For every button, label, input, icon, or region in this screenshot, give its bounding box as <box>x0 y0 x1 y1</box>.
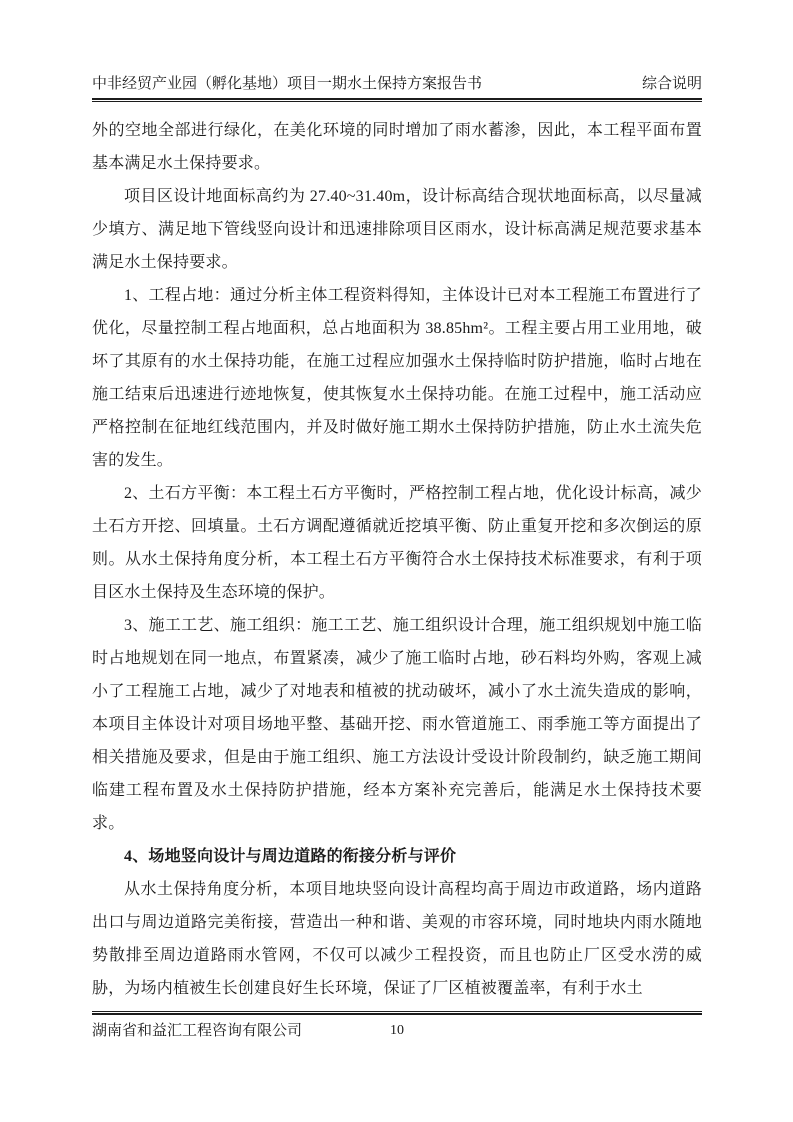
footer-double-rule <box>92 1011 702 1015</box>
document-page: 中非经贸产业园（孵化基地）项目一期水土保持方案报告书 综合说明 外的空地全部进行… <box>0 0 793 1122</box>
footer-page-number: 10 <box>92 1020 702 1042</box>
paragraph-item-1-land-occupation: 1、工程占地：通过分析主体工程资料得知，主体设计已对本工程施工布置进行了优化，尽… <box>92 279 702 477</box>
paragraph-continuation: 外的空地全部进行绿化，在美化环境的同时增加了雨水蓄渗，因此，本工程平面布置基本满… <box>92 114 702 180</box>
header-report-title: 中非经贸产业园（孵化基地）项目一期水土保持方案报告书 <box>92 74 482 94</box>
paragraph-site-elevation: 项目区设计地面标高约为 27.40~31.40m，设计标高结合现状地面标高，以尽… <box>92 180 702 279</box>
document-body: 外的空地全部进行绿化，在美化环境的同时增加了雨水蓄渗，因此，本工程平面布置基本满… <box>92 114 702 1005</box>
page-footer: 湖南省和益汇工程咨询有限公司 10 <box>92 1020 702 1042</box>
section-heading-item-4: 4、场地竖向设计与周边道路的衔接分析与评价 <box>92 840 702 873</box>
header-double-rule <box>92 98 702 102</box>
header-section-label: 综合说明 <box>642 74 702 94</box>
page-header: 中非经贸产业园（孵化基地）项目一期水土保持方案报告书 综合说明 <box>92 74 702 94</box>
paragraph-item-3-construction-organization: 3、施工工艺、施工组织：施工工艺、施工组织设计合理，施工组织规划中施工临时占地规… <box>92 609 702 840</box>
paragraph-item-2-earthwork-balance: 2、土石方平衡：本工程土石方平衡时，严格控制工程占地，优化设计标高，减少土石方开… <box>92 477 702 609</box>
paragraph-item-4-analysis: 从水土保持角度分析，本项目地块竖向设计高程均高于周边市政道路，场内道路出口与周边… <box>92 873 702 1005</box>
